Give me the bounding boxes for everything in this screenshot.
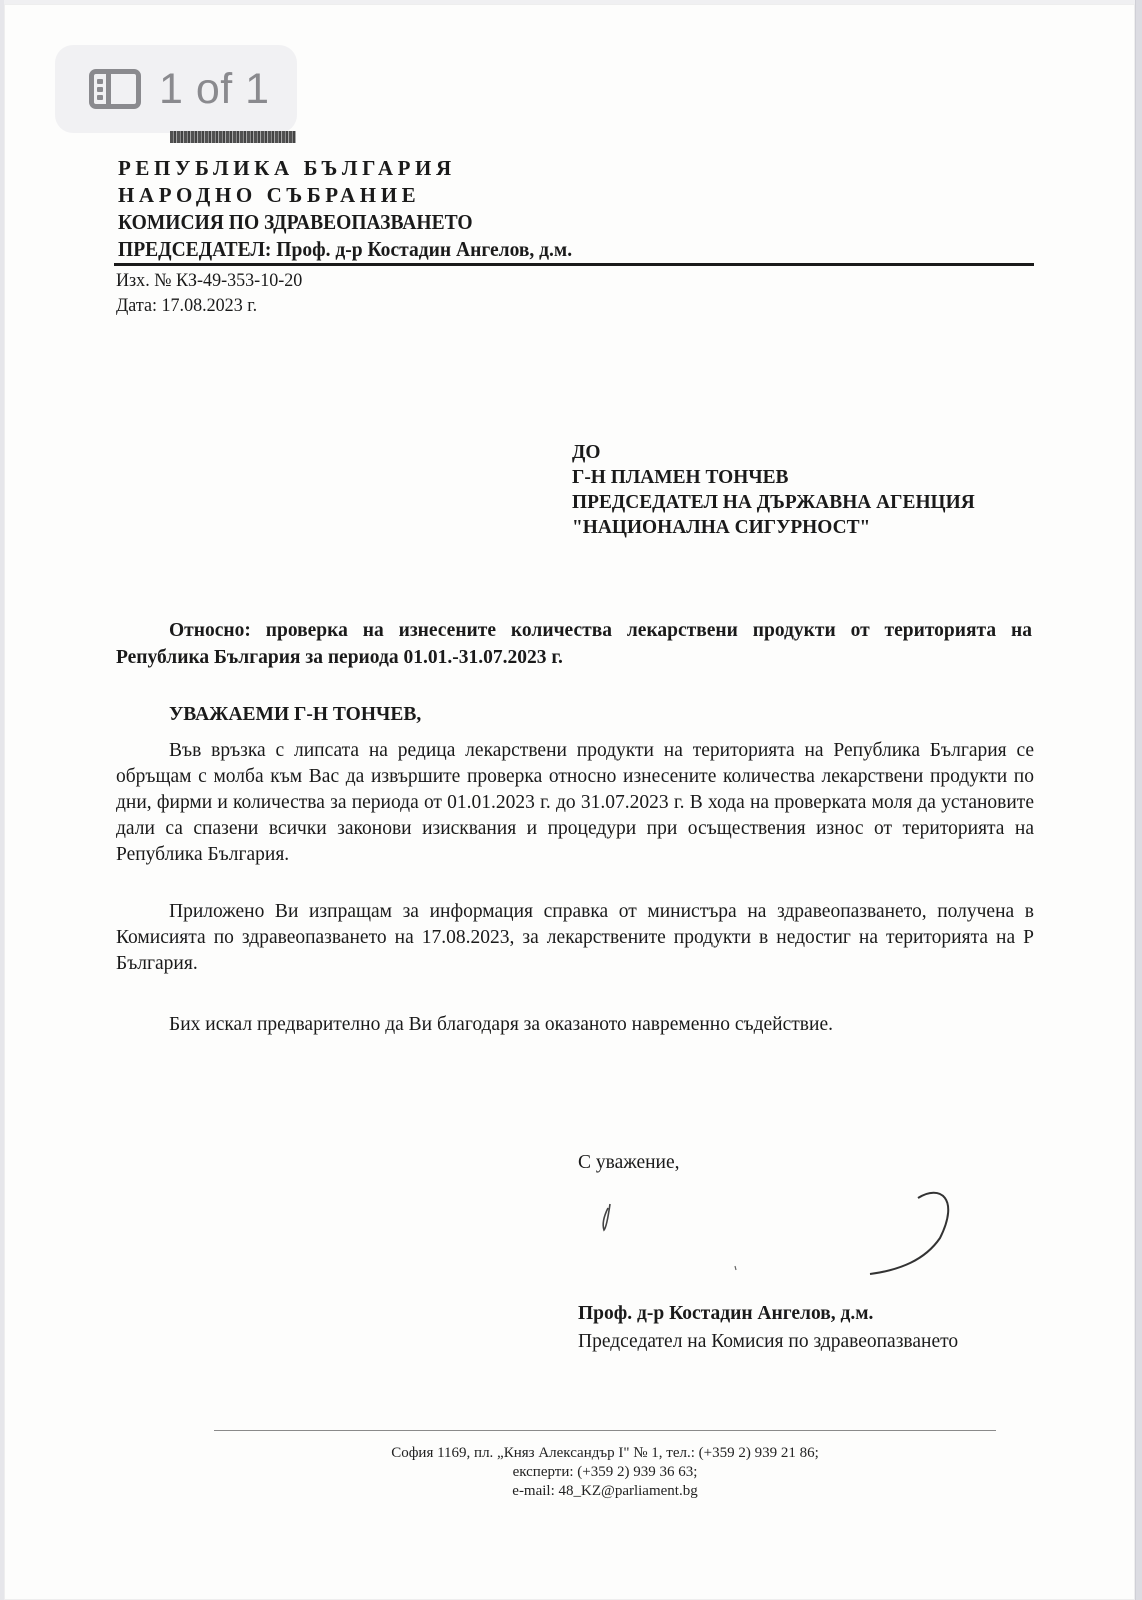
body-paragraph-1: Във връзка с липсата на редица лекарстве…	[116, 738, 1034, 868]
header-divider	[114, 263, 1034, 266]
letterhead-parliament: НАРОДНО СЪБРАНИЕ	[118, 182, 606, 209]
emblem-icon	[170, 131, 296, 143]
body-paragraph-3: Бих искал предварително да Ви благодаря …	[116, 1012, 1034, 1038]
recipient-title: ПРЕДСЕДАТЕЛ НА ДЪРЖАВНА АГЕНЦИЯ	[572, 490, 975, 515]
page-indicator-button[interactable]: 1 of 1	[55, 45, 297, 133]
page-count-label: 1 of 1	[159, 65, 270, 114]
reference-number: Изх. № КЗ-49-353-10-20	[116, 268, 302, 293]
closing: С уважение,	[578, 1152, 680, 1174]
salutation: УВАЖАЕМИ Г-Н ТОНЧЕВ,	[169, 704, 421, 726]
reference-date: Дата: 17.08.2023 г.	[116, 293, 302, 318]
signer-position: Председател на Комисия по здравеопазване…	[578, 1328, 958, 1356]
letterhead-country: РЕПУБЛИКА БЪЛГАРИЯ	[118, 155, 606, 182]
footer: София 1169, пл. „Княз Александър I" № 1,…	[214, 1444, 996, 1501]
footer-email: e-mail: 48_KZ@parliament.bg	[214, 1482, 996, 1501]
recipient-block: ДО Г-Н ПЛАМЕН ТОНЧЕВ ПРЕДСЕДАТЕЛ НА ДЪРЖ…	[572, 440, 975, 540]
body-paragraph-2: Приложено Ви изпращам за информация спра…	[116, 899, 1034, 977]
sidebar-icon	[89, 69, 141, 109]
signer-block: Проф. д-р Костадин Ангелов, д.м. Председ…	[578, 1300, 958, 1356]
signature-mark	[580, 1178, 980, 1288]
footer-address: София 1169, пл. „Княз Александър I" № 1,…	[214, 1444, 996, 1463]
scrollbar[interactable]	[1135, 0, 1142, 1600]
reference-block: Изх. № КЗ-49-353-10-20 Дата: 17.08.2023 …	[116, 268, 302, 318]
footer-divider	[214, 1430, 996, 1431]
footer-experts: експерти: (+359 2) 939 36 63;	[214, 1463, 996, 1482]
recipient-agency: "НАЦИОНАЛНА СИГУРНОСТ"	[572, 515, 975, 540]
recipient-to: ДО	[572, 440, 975, 465]
signer-name: Проф. д-р Костадин Ангелов, д.м.	[578, 1300, 958, 1328]
subject-line: Относно: проверка на изнесените количест…	[116, 617, 1032, 671]
recipient-name: Г-Н ПЛАМЕН ТОНЧЕВ	[572, 465, 975, 490]
letterhead-chairman: ПРЕДСЕДАТЕЛ: Проф. д-р Костадин Ангелов,…	[118, 236, 572, 263]
letterhead: РЕПУБЛИКА БЪЛГАРИЯ НАРОДНО СЪБРАНИЕ КОМИ…	[118, 155, 606, 263]
letterhead-committee: КОМИСИЯ ПО ЗДРАВЕОПАЗВАНЕТО	[118, 209, 572, 236]
